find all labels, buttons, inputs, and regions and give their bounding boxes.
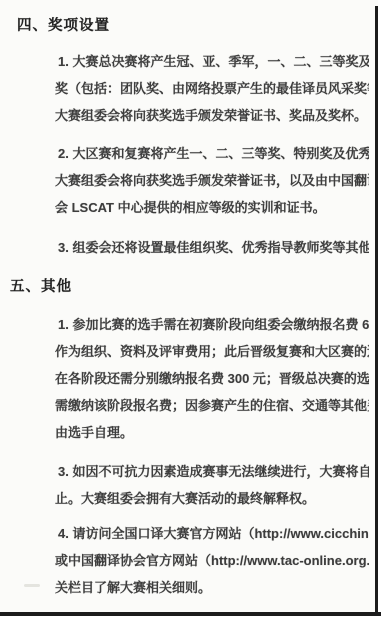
text-line: 需缴纳该阶段报名费；因参赛产生的住宿、交通等其他费用: [55, 392, 369, 419]
text-line: 在各阶段还需分别缴纳报名费 300 元；晋级总决赛的选手无: [55, 365, 369, 392]
text-line: 或中国翻译协会官方网站（http://www.tac-online.org.cn…: [55, 547, 369, 574]
paragraph-fees: 1. 参加比赛的选手需在初赛阶段向组委会缴纳报名费 60 元，作为组织、资料及评…: [55, 311, 369, 446]
text-line: 2. 大区赛和复赛将产生一、二、三等奖、特别奖及优秀奖，: [55, 140, 369, 167]
text-line: 会 LSCAT 中心提供的相应等级的实训和证书。: [55, 194, 369, 221]
text-line: 关栏目了解大赛相关细则。: [55, 574, 369, 601]
page-edge-line-right: [375, 6, 378, 613]
text-line: 3. 组委会还将设置最佳组织奖、优秀指导教师奖等其他奖项。: [55, 234, 369, 261]
text-line: 止。大赛组委会拥有大赛活动的最终解释权。: [55, 485, 369, 512]
section-heading-awards: 四、奖项设置: [17, 19, 110, 34]
text-line: 1. 大赛总决赛将产生冠、亚、季军，一、二、三等奖及特别: [55, 48, 369, 75]
scanned-document-page: 四、奖项设置 1. 大赛总决赛将产生冠、亚、季军，一、二、三等奖及特别奖（包括：…: [0, 0, 381, 620]
paragraph-official-websites: 4. 请访问全国口译大赛官方网站（http://www.cicchina.org…: [55, 520, 369, 601]
text-line: 1. 参加比赛的选手需在初赛阶段向组委会缴纳报名费 60 元，: [55, 311, 369, 338]
paragraph-regional-awards: 2. 大区赛和复赛将产生一、二、三等奖、特别奖及优秀奖，大赛组委会将向获奖选手颁…: [55, 140, 369, 221]
section-heading-other: 五、其他: [10, 280, 72, 295]
text-line: 作为组织、资料及评审费用；此后晋级复赛和大区赛的选手: [55, 338, 369, 365]
text-line: 大赛组委会将向获奖选手颁发荣誉证书，以及由中国翻译协: [55, 167, 369, 194]
paragraph-force-majeure: 3. 如因不可抗力因素造成赛事无法继续进行，大赛将自行终止。大赛组委会拥有大赛活…: [55, 458, 369, 512]
page-margin-bottom: [0, 616, 381, 620]
scan-artifact: [24, 584, 40, 587]
paragraph-finals-awards: 1. 大赛总决赛将产生冠、亚、季军，一、二、三等奖及特别奖（包括：团队奖、由网络…: [55, 48, 369, 129]
text-line: 大赛组委会将向获奖选手颁发荣誉证书、奖品及奖杯。: [55, 102, 369, 129]
text-line: 4. 请访问全国口译大赛官方网站（http://www.cicchina.org…: [55, 520, 369, 547]
paragraph-other-awards: 3. 组委会还将设置最佳组织奖、优秀指导教师奖等其他奖项。: [55, 234, 369, 261]
text-line: 3. 如因不可抗力因素造成赛事无法继续进行，大赛将自行终: [55, 458, 369, 485]
text-line: 由选手自理。: [55, 419, 369, 446]
text-line: 奖（包括：团队奖、由网络投票产生的最佳译员风采奖等），: [55, 75, 369, 102]
